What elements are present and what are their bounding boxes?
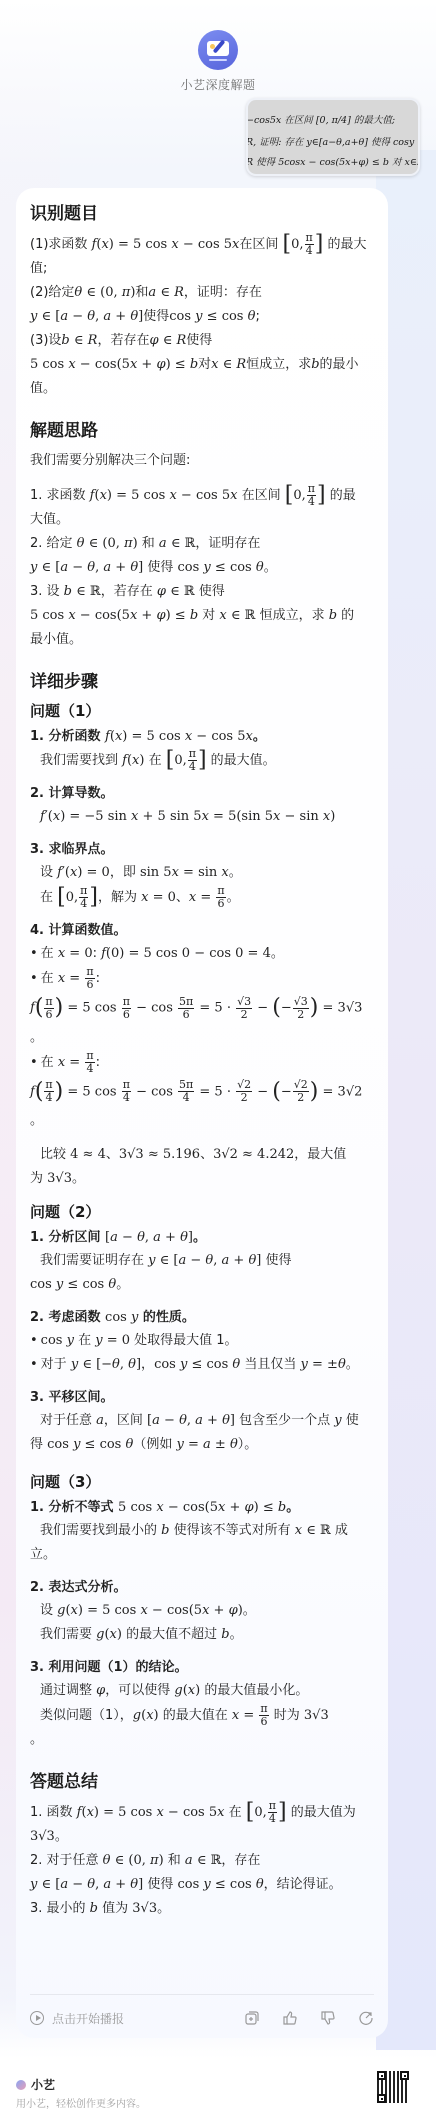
section-approach: 解题思路 我们需要分别解决三个问题: 1. 求函数 f(x) = 5 cos x… (30, 419, 374, 652)
actions-divider (30, 1994, 374, 1995)
question-2: (2)给定θ ∈ (0, π)和a ∈ R，证明：存在 (30, 281, 374, 305)
comparison-text-cont: 为 3√3。 (30, 1167, 374, 1191)
step-body: 在 [0,π4]，解为 x = 0、x = π6。 (30, 885, 374, 910)
step-body: 我们需要 g(x) 的最大值不超过 b。 (30, 1623, 374, 1647)
play-circle-icon (30, 2011, 44, 2025)
question-3: (3)设b ∈ R，若存在φ ∈ R使得 (30, 329, 374, 353)
step-heading: 1. 分析区间 [a − θ, a + θ]。 (30, 1227, 374, 1249)
punctuation: 。 (30, 1728, 374, 1752)
image-text-line: R 使得 5cosx − cos(5x+φ) ≤ b 对 x∈R (246, 154, 420, 168)
xiaoyi-logo-icon (16, 2080, 26, 2090)
summary-item-1: 1. 函数 f(x) = 5 cos x − cos 5x 在 [0,π4] 的… (30, 1800, 374, 1849)
share-icon[interactable] (358, 2010, 374, 2026)
step-heading: 2. 计算导数。 (30, 783, 374, 805)
step-body: 在 x = 0: f(0) = 5 cos 0 − cos 0 = 4。 (30, 942, 374, 966)
brand-name: 小艺 (31, 2076, 55, 2093)
approach-item-2: 2. 给定 θ ∈ (0, π) 和 a ∈ ℝ，证明存在y ∈ [a − θ,… (30, 532, 374, 580)
punctuation: 。 (30, 1109, 374, 1133)
step-body: 对于 y ∈ [−θ, θ]，cos y ≤ cos θ 当且仅当 y = ±θ… (30, 1353, 374, 1377)
step-body: 设 f′(x) = 0，即 sin 5x = sin x。 (30, 861, 374, 885)
step-heading: 1. 分析函数 f(x) = 5 cos x − cos 5x。 (30, 726, 374, 748)
problem-title: 问题（3） (30, 1471, 374, 1493)
section-identify: 识别题目 (1)求函数 f(x) = 5 cos x − cos 5x在区间 [… (30, 202, 374, 401)
punctuation: 。 (30, 1026, 374, 1050)
image-text-line: −cos5x 在区间 [0, π/4] 的最大值; (246, 112, 395, 126)
step-body: f′(x) = −5 sin x + 5 sin 5x = 5(sin 5x −… (30, 805, 374, 829)
formula-f-pi-6: f(π6) = 5 cos π6 − cos 5π6 = 5 · √32 − (… (30, 991, 374, 1026)
comparison-text: 比较 4 ≈ 4、3√3 ≈ 5.196、3√2 ≈ 4.242，最大值 (30, 1143, 374, 1167)
step-heading: 4. 计算函数值。 (30, 920, 374, 942)
step-body: 设 g(x) = 5 cos x − cos(5x + φ)。 (30, 1599, 374, 1623)
step-heading: 3. 平移区间。 (30, 1387, 374, 1409)
question-3-cont: 5 cos x − cos(5x + φ) ≤ b对x ∈ R恒成立，求b的最小… (30, 353, 374, 401)
approach-item-3: 3. 设 b ∈ ℝ，若存在 φ ∈ ℝ 使得5 cos x − cos(5x … (30, 580, 374, 652)
step-heading: 3. 求临界点。 (30, 839, 374, 861)
formula-f-pi-4: f(π4) = 5 cos π4 − cos 5π4 = 5 · √22 − (… (30, 1075, 374, 1110)
thumbs-up-icon[interactable] (282, 2010, 298, 2026)
action-bar: 点击开始播报 (30, 2006, 374, 2030)
app-header: 小艺深度解题 (0, 30, 436, 93)
step-heading: 2. 表达式分析。 (30, 1577, 374, 1599)
brand: 小艺 (16, 2076, 420, 2093)
step-heading: 1. 分析不等式 5 cos x − cos(5x + φ) ≤ b。 (30, 1497, 374, 1519)
image-text-line: R, 证明: 存在 y∈[a−θ,a+θ] 使得 cosy (246, 134, 414, 148)
play-broadcast-button[interactable]: 点击开始播报 (30, 2010, 124, 2027)
summary-item-2: 2. 对于任意 θ ∈ (0, π) 和 a ∈ ℝ，存在y ∈ [a − θ,… (30, 1849, 374, 1897)
step-heading: 2. 考虑函数 cos y 的性质。 (30, 1307, 374, 1329)
step-body: 我们需要找到 f(x) 在 [0,π4] 的最大值。 (30, 748, 374, 773)
thumbs-down-icon[interactable] (320, 2010, 336, 2026)
step-body: 通过调整 φ，可以使得 g(x) 的最大值最小化。 (30, 1679, 374, 1703)
section-summary: 答题总结 1. 函数 f(x) = 5 cos x − cos 5x 在 [0,… (30, 1770, 374, 1921)
qr-code-icon (376, 2070, 410, 2104)
step-body: 我们需要证明存在 y ∈ [a − θ, a + θ] 使得 (30, 1249, 374, 1273)
step-body: 对于任意 a，区间 [a − θ, a + θ] 包含至少一个点 y 使 (30, 1409, 374, 1433)
step-body: 立。 (30, 1543, 374, 1567)
step-body: 在 x = π4: (30, 1050, 374, 1075)
step-body: cos y ≤ cos θ。 (30, 1273, 374, 1297)
question-2-cont: y ∈ [a − θ, a + θ]使得cos y ≤ cos θ; (30, 305, 374, 329)
section-title: 识别题目 (30, 202, 374, 226)
section-details: 详细步骤 问题（1） 1. 分析函数 f(x) = 5 cos x − cos … (30, 670, 374, 1752)
problem-title: 问题（1） (30, 700, 374, 722)
copy-plus-icon[interactable] (244, 2010, 260, 2026)
app-name: 小艺深度解题 (0, 76, 436, 93)
step-body: 我们需要找到最小的 b 使得该不等式对所有 x ∈ ℝ 成 (30, 1519, 374, 1543)
whiteboard-pen-icon (198, 30, 238, 70)
approach-intro: 我们需要分别解决三个问题: (30, 449, 374, 473)
section-title: 详细步骤 (30, 670, 374, 694)
step-body: 类似问题（1），g(x) 的最大值在 x = π6 时为 3√3 (30, 1703, 374, 1728)
problem-title: 问题（2） (30, 1201, 374, 1223)
summary-item-3: 3. 最小的 b 值为 3√3。 (30, 1897, 374, 1921)
footer: 小艺 用小艺，轻松创作更多内容。 (16, 2076, 420, 2110)
answer-card: 识别题目 (1)求函数 f(x) = 5 cos x − cos 5x在区间 [… (16, 188, 388, 2038)
step-body: cos y 在 y = 0 处取得最大值 1。 (30, 1329, 374, 1353)
question-1: (1)求函数 f(x) = 5 cos x − cos 5x在区间 [0,π4]… (30, 232, 374, 281)
slogan: 用小艺，轻松创作更多内容。 (16, 2095, 420, 2110)
question-text: (1)求函数 (30, 237, 92, 252)
step-body: 在 x = π6: (30, 966, 374, 991)
step-body: 得 cos y ≤ cos θ（例如 y = a ± θ）。 (30, 1433, 374, 1457)
play-label: 点击开始播报 (52, 2010, 124, 2027)
step-heading: 3. 利用问题（1）的结论。 (30, 1657, 374, 1679)
section-title: 答题总结 (30, 1770, 374, 1794)
uploaded-question-image[interactable]: −cos5x 在区间 [0, π/4] 的最大值; R, 证明: 存在 y∈[a… (246, 98, 420, 176)
approach-item-1: 1. 求函数 f(x) = 5 cos x − cos 5x 在区间 [0,π4… (30, 483, 374, 532)
section-title: 解题思路 (30, 419, 374, 443)
